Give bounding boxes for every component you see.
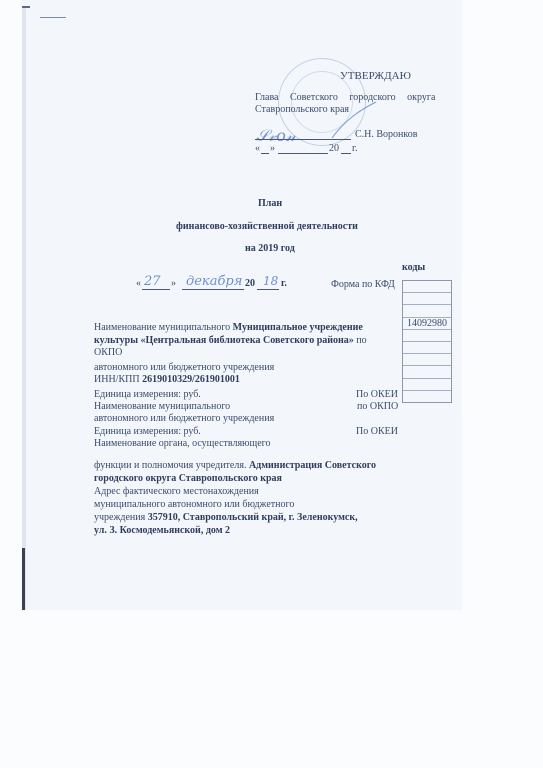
approval-position-1: Глава Советского городского округа	[255, 92, 435, 104]
address-value-2: ул. З. Космодемьянской, дом 2	[94, 525, 230, 537]
page-edge	[22, 6, 26, 610]
institution-type: автономного или бюджетного учреждения	[94, 362, 274, 374]
scan-mark	[22, 6, 30, 8]
founder-label-1: Наименование органа, осуществляющего	[94, 438, 271, 450]
date-year-prefix: 20	[245, 278, 255, 290]
address-line: учреждения 357910, Ставропольский край, …	[94, 512, 358, 524]
code-row	[403, 342, 451, 354]
okei-label-1: По ОКЕИ	[356, 389, 398, 401]
code-okpo: 14092980	[403, 318, 451, 330]
code-kfd	[403, 281, 451, 293]
founder-value-1: Администрация Советского	[249, 460, 376, 471]
institution-name-label: Наименование муниципального Муниципально…	[94, 322, 363, 334]
address-label-2: муниципального автономного или бюджетног…	[94, 499, 294, 511]
institution-name-value: Муниципальное учреждение	[233, 322, 363, 333]
signatory-name: С.Н. Воронков	[355, 129, 418, 141]
institution-name-cont: культуры «Центральная библиотека Советск…	[94, 335, 367, 347]
address-label-1: Адрес фактического местонахождения	[94, 486, 259, 498]
okpo-prefix: по	[356, 335, 366, 346]
code-row	[403, 366, 451, 378]
approval-position-2: Ставропольского края	[255, 104, 349, 116]
approval-year-suffix: г.	[352, 143, 357, 155]
code-row	[403, 305, 451, 317]
date-day-underline	[142, 289, 170, 290]
code-row	[403, 293, 451, 305]
founder-label-2: функции и полномочия учредителя.	[94, 460, 246, 471]
date-year-underline	[257, 289, 279, 290]
approval-date-mid: »	[270, 143, 275, 155]
institution-name-label-text: Наименование муниципального	[94, 322, 230, 333]
date-open-quote: «	[136, 278, 141, 290]
codes-table: 14092980	[402, 280, 452, 403]
date-close-quote: »	[171, 278, 176, 290]
page-edge-shadow	[22, 548, 25, 610]
date-day: 27	[144, 274, 161, 289]
okpo-label-2: по ОКПО	[357, 401, 398, 413]
date-year-suffix: г.	[281, 278, 287, 290]
date-year-line	[341, 153, 351, 154]
date-month-underline	[182, 289, 244, 290]
approval-title: УТВЕРЖДАЮ	[340, 70, 411, 82]
founder-value-2: городского округа Ставропольского края	[94, 473, 282, 485]
approval-year-prefix: 20	[329, 143, 339, 155]
document-year: на 2019 год	[245, 243, 295, 255]
code-row	[403, 379, 451, 391]
date-year: 18	[263, 274, 278, 288]
approval-date-open: «	[255, 143, 260, 155]
unit-measure-1: Единица измерения: руб.	[94, 389, 201, 401]
code-row	[403, 330, 451, 342]
inn-value: 2619010329/261901001	[142, 374, 240, 385]
date-month-line	[278, 153, 328, 154]
code-row	[403, 391, 451, 403]
okei-label-2: По ОКЕИ	[356, 426, 398, 438]
inn-label: ИНН/КПП	[94, 374, 140, 385]
founder-line: функции и полномочия учредителя. Админис…	[94, 460, 376, 472]
institution-name-value-2: культуры «Центральная библиотека Советск…	[94, 335, 354, 346]
date-day-line	[261, 153, 269, 154]
address-label-3: учреждения	[94, 512, 145, 523]
scan-line	[40, 17, 66, 18]
signature-line	[255, 139, 351, 140]
date-month: декабря	[186, 274, 242, 289]
document-subtitle: финансово-хозяйственной деятельности	[176, 221, 358, 233]
okpo-label: ОКПО	[94, 347, 122, 359]
form-kfd-label: Форма по КФД	[331, 279, 395, 291]
institution-type-2: автономного или бюджетного учреждения	[94, 413, 274, 425]
document-title: План	[258, 198, 282, 210]
inn-kpp: ИНН/КПП 2619010329/261901001	[94, 374, 240, 386]
address-value-1: 357910, Ставропольский край, г. Зеленоку…	[148, 512, 358, 523]
institution-name-label-2: Наименование муниципального	[94, 401, 230, 413]
handwritten-signature: 𝒮𝓋𝑜𝓃	[256, 126, 296, 146]
code-row	[403, 354, 451, 366]
unit-measure-2: Единица измерения: руб.	[94, 426, 201, 438]
codes-label: коды	[402, 262, 425, 274]
